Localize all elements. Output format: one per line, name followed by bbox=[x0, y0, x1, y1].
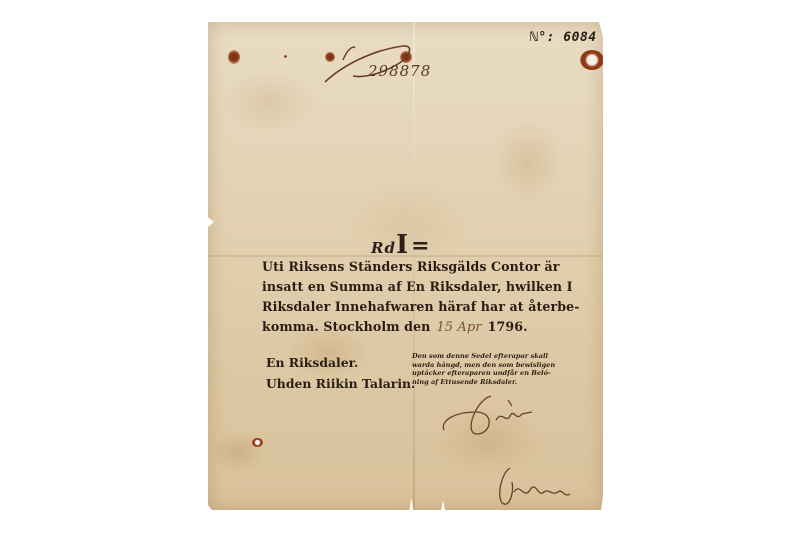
body-line-3: Riksdaler Innehafwaren häraf har at åter… bbox=[262, 297, 582, 317]
handwritten-date: 15 Apr bbox=[436, 320, 481, 335]
hole-stain-bottom-left bbox=[252, 438, 263, 447]
notice-line-4: ning af Ettusende Riksdaler. bbox=[412, 378, 562, 387]
issue-year: 1796. bbox=[488, 319, 528, 334]
ink-stain-top-left bbox=[228, 50, 240, 64]
denomination-finnish: Uhden Riikin Talarin. bbox=[266, 373, 415, 394]
ink-dot-top bbox=[284, 55, 287, 58]
main-text-block: Uti Riksens Ständers Riksgälds Contor är… bbox=[262, 257, 582, 338]
denomination-block: En Riksdaler. Uhden Riikin Talarin. bbox=[266, 352, 415, 394]
value-suffix: = bbox=[411, 233, 430, 259]
value-numeral: I bbox=[396, 230, 409, 260]
denomination-swedish: En Riksdaler. bbox=[266, 352, 415, 373]
signature-2 bbox=[490, 462, 580, 510]
notice-line-2: warda hängd, men den som bewisligen bbox=[412, 361, 562, 370]
signature-1 bbox=[436, 390, 546, 440]
notice-line-1: Den som denne Sedel efterapar skall bbox=[412, 352, 562, 361]
body-line-4-text: komma. Stockholm den bbox=[262, 319, 430, 334]
riksdaler-symbol: Rd bbox=[371, 239, 396, 257]
body-line-2: insatt en Summa af En Riksdaler, hwilken… bbox=[262, 277, 582, 297]
notice-line-3: uptäcker efteraparen undfår en Beló- bbox=[412, 369, 562, 378]
counterfeit-warning: Den som denne Sedel efterapar skall ward… bbox=[412, 352, 562, 386]
serial-number: ℕ°: 6084 bbox=[530, 30, 597, 45]
value-mark: RdI= bbox=[371, 230, 431, 260]
banknote-paper: ℕ°: 6084 298878 RdI= Uti Riksens Ständer… bbox=[208, 22, 603, 510]
body-line-4: komma. Stockholm den15 Apr1796. bbox=[262, 317, 582, 338]
hole-stain-top-right bbox=[580, 50, 604, 70]
body-line-1: Uti Riksens Ständers Riksgälds Contor är bbox=[262, 257, 582, 277]
manuscript-number: 298878 bbox=[368, 62, 431, 80]
